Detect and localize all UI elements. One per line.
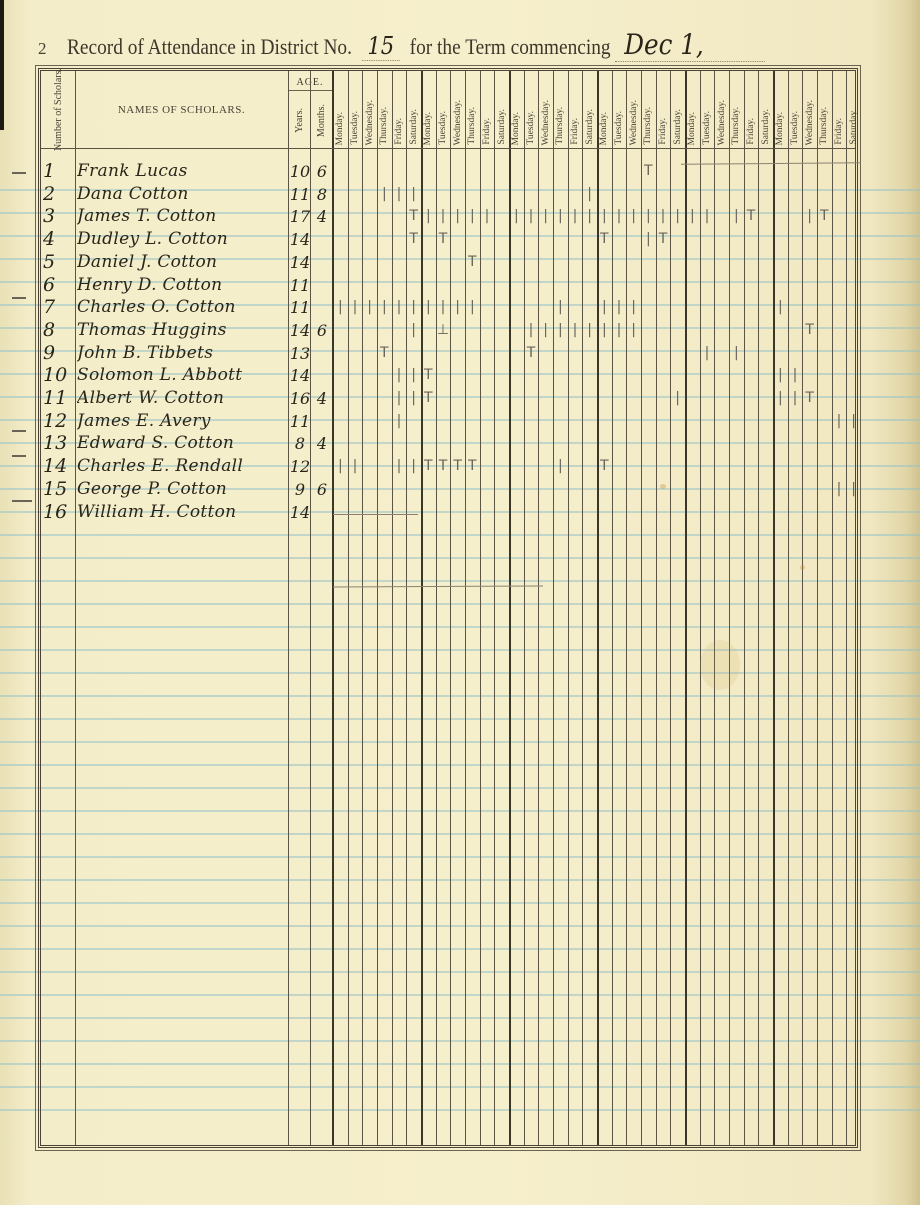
margin-mark	[12, 455, 26, 457]
attendance-mark[interactable]: |	[392, 390, 407, 407]
attendance-mark[interactable]: T	[597, 231, 612, 248]
page-title: Record of Attendance in District No. 15 …	[67, 28, 765, 62]
attendance-cells[interactable]: ||	[333, 478, 861, 501]
header-day-tuesday-week-3: Tuesday.	[524, 73, 539, 147]
attendance-mark[interactable]: ⊥	[436, 322, 451, 339]
scholar-number: 16	[37, 501, 71, 524]
attendance-cells[interactable]	[333, 501, 861, 524]
age-years: 14	[289, 501, 311, 524]
attendance-mark[interactable]: |	[802, 208, 817, 225]
scholar-name: Charles E. Rendall	[77, 455, 292, 478]
day-label: Thursday.	[379, 107, 389, 145]
attendance-mark[interactable]: |	[582, 186, 597, 203]
day-label: Tuesday.	[438, 111, 448, 145]
scholar-number: 15	[37, 478, 71, 501]
attendance-mark[interactable]: T	[377, 345, 392, 362]
day-label: Monday.	[511, 112, 521, 145]
attendance-cells[interactable]: TTT|T	[333, 228, 861, 251]
header-day-monday-week-6: Monday.	[773, 73, 788, 147]
attendance-mark[interactable]: |	[773, 367, 788, 384]
attendance-mark[interactable]: |	[846, 481, 861, 498]
attendance-cells[interactable]: ||||TTTT|T	[333, 455, 861, 478]
scholar-row[interactable]: 10Solomon L. Abbott14||T||	[41, 364, 861, 387]
header-day-wednesday-week-3: Wednesday.	[538, 73, 553, 147]
attendance-mark[interactable]: |	[685, 208, 700, 225]
age-years: 14	[289, 251, 311, 274]
header-names: NAMES OF SCHOLARS.	[75, 71, 288, 148]
scholar-row[interactable]: 9John B. Tibbets13TT||	[41, 342, 861, 365]
day-label: Thursday.	[555, 107, 565, 145]
day-label: Monday.	[687, 112, 697, 145]
scholar-number: 9	[37, 342, 71, 365]
day-label: Friday.	[394, 118, 404, 145]
attendance-mark[interactable]: |	[773, 390, 788, 407]
attendance-mark[interactable]: |	[656, 208, 671, 225]
attendance-mark[interactable]: |	[670, 390, 685, 407]
day-label: Wednesday.	[717, 100, 727, 145]
day-label: Tuesday.	[526, 111, 536, 145]
day-label: Saturday.	[497, 109, 507, 145]
attendance-cells[interactable]: |||||||||||||||	[333, 296, 861, 319]
age-months: 6	[311, 319, 333, 342]
attendance-mark[interactable]: T	[436, 231, 451, 248]
attendance-mark[interactable]: |	[436, 299, 451, 316]
attendance-cells[interactable]: ||T|||T	[333, 387, 861, 410]
age-years: 9	[289, 478, 311, 501]
age-months: 6	[311, 478, 333, 501]
attendance-mark[interactable]: |	[670, 208, 685, 225]
attendance-mark[interactable]: T	[406, 208, 421, 225]
attendance-mark[interactable]: T	[465, 254, 480, 271]
stain	[660, 484, 666, 489]
scholar-number: 5	[37, 251, 71, 274]
attendance-mark[interactable]: T	[406, 231, 421, 248]
attendance-cells[interactable]: TT||	[333, 342, 861, 365]
age-years: 14	[289, 319, 311, 342]
attendance-mark[interactable]: |	[406, 186, 421, 203]
scholar-number: 4	[37, 228, 71, 251]
scholar-name: Albert W. Cotton	[77, 387, 292, 410]
header-day-wednesday-week-4: Wednesday.	[626, 73, 641, 147]
age-months: 4	[311, 432, 333, 455]
header-day-friday-week-4: Friday.	[656, 73, 671, 147]
scholar-name: Edward S. Cotton	[77, 432, 292, 455]
scholar-name: Thomas Huggins	[77, 319, 292, 342]
age-years: 11	[289, 274, 311, 297]
day-label: Wednesday.	[453, 100, 463, 145]
header-day-friday-week-6: Friday.	[832, 73, 847, 147]
header-day-saturday-week-2: Saturday.	[494, 73, 509, 147]
header-day-thursday-week-1: Thursday.	[377, 73, 392, 147]
attendance-mark[interactable]: |	[597, 299, 612, 316]
header-day-monday-week-1: Monday.	[333, 73, 348, 147]
age-months: 4	[311, 205, 333, 228]
age-years: 14	[289, 228, 311, 251]
header-day-friday-week-5: Friday.	[744, 73, 759, 147]
header-day-thursday-week-4: Thursday.	[641, 73, 656, 147]
attendance-mark[interactable]: T	[641, 163, 656, 180]
attendance-mark[interactable]: |	[700, 345, 715, 362]
header-day-wednesday-week-2: Wednesday.	[450, 73, 465, 147]
attendance-mark[interactable]: |	[421, 299, 436, 316]
attendance-mark[interactable]: |	[509, 208, 524, 225]
header-day-thursday-week-5: Thursday.	[729, 73, 744, 147]
attendance-mark[interactable]: |	[392, 367, 407, 384]
pencil-line	[333, 585, 543, 587]
attendance-mark[interactable]: |	[626, 299, 641, 316]
scholar-number: 6	[37, 274, 71, 297]
attendance-mark[interactable]: |	[421, 208, 436, 225]
attendance-mark[interactable]: |	[406, 322, 421, 339]
scholar-number: 8	[37, 319, 71, 342]
scholar-row[interactable]: 7Charles O. Cotton11|||||||||||||||	[41, 296, 861, 319]
attendance-mark[interactable]: |	[612, 208, 627, 225]
header-day-wednesday-week-1: Wednesday.	[362, 73, 377, 147]
attendance-mark[interactable]: |	[553, 458, 568, 475]
day-label: Monday.	[423, 112, 433, 145]
attendance-mark[interactable]: T	[421, 458, 436, 475]
district-number-field[interactable]: 15	[362, 32, 399, 61]
header-day-wednesday-week-5: Wednesday.	[714, 73, 729, 147]
margin-mark	[12, 430, 26, 432]
header-day-monday-week-3: Monday.	[509, 73, 524, 147]
header-day-friday-week-3: Friday.	[568, 73, 583, 147]
header-number-of-scholars: Number of Scholars.	[41, 71, 75, 148]
attendance-mark[interactable]: |	[450, 299, 465, 316]
age-years: 16	[289, 387, 311, 410]
header-day-monday-week-2: Monday.	[421, 73, 436, 147]
attendance-mark[interactable]: |	[465, 299, 480, 316]
header-day-tuesday-week-2: Tuesday.	[436, 73, 451, 147]
header-day-tuesday-week-5: Tuesday.	[700, 73, 715, 147]
attendance-mark[interactable]: |	[582, 322, 597, 339]
age-years: 11	[289, 183, 311, 206]
attendance-mark[interactable]: T	[656, 231, 671, 248]
scholar-row[interactable]: 4Dudley L. Cotton14TTT|T	[41, 228, 861, 251]
attendance-mark[interactable]: |	[582, 208, 597, 225]
age-months: 8	[311, 183, 333, 206]
pencil-line	[333, 514, 418, 515]
attendance-mark[interactable]: T	[421, 367, 436, 384]
scholar-name: Solomon L. Abbott	[77, 364, 292, 387]
header-years: Years.	[288, 93, 310, 148]
attendance-cells[interactable]: T||||||||||||||||||||T|T	[333, 205, 861, 228]
age-months: 4	[311, 387, 333, 410]
age-years: 11	[289, 410, 311, 433]
day-label: Monday.	[599, 112, 609, 145]
attendance-mark[interactable]: T	[597, 458, 612, 475]
scholar-row[interactable]: 2Dana Cotton118||||	[41, 183, 861, 206]
scholar-row[interactable]: 16William H. Cotton14	[41, 501, 861, 524]
scholar-row[interactable]: 6Henry D. Cotton11	[41, 274, 861, 297]
attendance-mark[interactable]: |	[362, 299, 377, 316]
scholar-number: 2	[37, 183, 71, 206]
attendance-mark[interactable]: |	[538, 322, 553, 339]
scholar-name: Henry D. Cotton	[77, 274, 292, 297]
scholar-name: Dudley L. Cotton	[77, 228, 292, 251]
scholar-row[interactable]: 11Albert W. Cotton164||T|||T	[41, 387, 861, 410]
day-label: Thursday.	[643, 107, 653, 145]
header-day-friday-week-1: Friday.	[392, 73, 407, 147]
attendance-mark[interactable]: |	[641, 208, 656, 225]
scholar-row[interactable]: 3James T. Cotton174T||||||||||||||||||||…	[41, 205, 861, 228]
scholar-name: Charles O. Cotton	[77, 296, 292, 319]
margin-mark	[12, 297, 26, 299]
attendance-mark[interactable]: |	[406, 367, 421, 384]
header-names-label: NAMES OF SCHOLARS.	[118, 104, 245, 116]
header-months-label: Months.	[316, 104, 327, 137]
scholar-row[interactable]: 13Edward S. Cotton84	[41, 432, 861, 455]
age-years: 17	[289, 205, 311, 228]
attendance-mark[interactable]: |	[524, 208, 539, 225]
header-day-thursday-week-6: Thursday.	[817, 73, 832, 147]
term-start-field[interactable]: Dec 1,	[615, 28, 765, 62]
day-label: Friday.	[746, 118, 756, 145]
attendance-table: Number of Scholars. NAMES OF SCHOLARS. A…	[38, 68, 858, 1148]
attendance-mark[interactable]: |	[597, 322, 612, 339]
day-label: Tuesday.	[350, 111, 360, 145]
page-number: 2	[38, 39, 47, 59]
day-label: Friday.	[482, 118, 492, 145]
scholar-row[interactable]: 15George P. Cotton96||	[41, 478, 861, 501]
attendance-mark[interactable]: |	[612, 322, 627, 339]
day-label: Saturday.	[761, 109, 771, 145]
attendance-mark[interactable]: |	[832, 413, 847, 430]
day-label: Thursday.	[467, 107, 477, 145]
attendance-mark[interactable]: |	[392, 413, 407, 430]
day-label: Thursday.	[819, 107, 829, 145]
ledger-page: 2 Record of Attendance in District No. 1…	[0, 0, 920, 1205]
attendance-mark[interactable]: |	[480, 208, 495, 225]
scholar-number: 12	[37, 410, 71, 433]
attendance-mark[interactable]: |	[538, 208, 553, 225]
header-number-label: Number of Scholars.	[53, 68, 64, 151]
attendance-mark[interactable]: |	[377, 186, 392, 203]
scholar-number: 11	[37, 387, 71, 410]
scholar-name: George P. Cotton	[77, 478, 292, 501]
day-label: Saturday.	[409, 109, 419, 145]
age-years: 11	[289, 296, 311, 319]
age-years: 10	[289, 160, 311, 183]
header-day-tuesday-week-4: Tuesday.	[612, 73, 627, 147]
attendance-mark[interactable]: |	[406, 299, 421, 316]
header-day-tuesday-week-6: Tuesday.	[788, 73, 803, 147]
attendance-mark[interactable]: |	[436, 208, 451, 225]
header-day-tuesday-week-1: Tuesday.	[348, 73, 363, 147]
attendance-mark[interactable]: T	[817, 208, 832, 225]
attendance-mark[interactable]: |	[524, 322, 539, 339]
attendance-mark[interactable]: |	[729, 345, 744, 362]
attendance-mark[interactable]: |	[377, 299, 392, 316]
scholar-number: 13	[37, 432, 71, 455]
header-day-wednesday-week-6: Wednesday.	[802, 73, 817, 147]
header-day-saturday-week-1: Saturday.	[406, 73, 421, 147]
day-label: Wednesday.	[629, 100, 639, 145]
day-label: Thursday.	[731, 107, 741, 145]
header-day-thursday-week-3: Thursday.	[553, 73, 568, 147]
attendance-mark[interactable]: |	[700, 208, 715, 225]
attendance-mark[interactable]: |	[773, 299, 788, 316]
scholar-number: 7	[37, 296, 71, 319]
attendance-mark[interactable]: |	[406, 458, 421, 475]
header-day-saturday-week-4: Saturday.	[670, 73, 685, 147]
attendance-mark[interactable]: |	[348, 458, 363, 475]
attendance-mark[interactable]: |	[392, 186, 407, 203]
scholar-name: James E. Avery	[77, 410, 292, 433]
day-label: Wednesday.	[365, 100, 375, 145]
attendance-mark[interactable]: |	[465, 208, 480, 225]
attendance-mark[interactable]: |	[553, 208, 568, 225]
day-label: Wednesday.	[805, 100, 815, 145]
header-months: Months.	[310, 93, 332, 148]
attendance-cells[interactable]: |||	[333, 410, 861, 433]
attendance-mark[interactable]: |	[450, 208, 465, 225]
day-label: Friday.	[570, 118, 580, 145]
day-label: Friday.	[658, 118, 668, 145]
stain	[700, 640, 740, 690]
scholar-name: Daniel J. Cotton	[77, 251, 292, 274]
scholar-number: 14	[37, 455, 71, 478]
day-label: Monday.	[775, 112, 785, 145]
attendance-mark[interactable]: |	[788, 367, 803, 384]
attendance-mark[interactable]: |	[626, 322, 641, 339]
header-day-saturday-week-5: Saturday.	[758, 73, 773, 147]
page-header: 2 Record of Attendance in District No. 1…	[38, 28, 858, 64]
attendance-mark[interactable]: |	[612, 299, 627, 316]
attendance-mark[interactable]: T	[421, 390, 436, 407]
margin-mark	[12, 172, 26, 174]
attendance-mark[interactable]: |	[597, 208, 612, 225]
attendance-mark[interactable]: |	[832, 481, 847, 498]
scholar-row[interactable]: 8Thomas Huggins146|⊥||||||||T	[41, 319, 861, 342]
header-day-friday-week-2: Friday.	[480, 73, 495, 147]
age-years: 14	[289, 364, 311, 387]
attendance-mark[interactable]: |	[553, 299, 568, 316]
attendance-mark[interactable]: |	[641, 231, 656, 248]
attendance-cells[interactable]: ||T||	[333, 364, 861, 387]
attendance-mark[interactable]: |	[333, 299, 348, 316]
attendance-cells[interactable]	[333, 432, 861, 455]
attendance-mark[interactable]: T	[802, 322, 817, 339]
attendance-mark[interactable]: |	[568, 208, 583, 225]
scholar-row[interactable]: 12James E. Avery11|||	[41, 410, 861, 433]
attendance-mark[interactable]: T	[436, 458, 451, 475]
attendance-mark[interactable]: |	[406, 390, 421, 407]
attendance-cells[interactable]	[333, 274, 861, 297]
attendance-mark[interactable]: |	[568, 322, 583, 339]
header-day-saturday-week-3: Saturday.	[582, 73, 597, 147]
attendance-mark[interactable]: T	[450, 458, 465, 475]
attendance-mark[interactable]: |	[788, 390, 803, 407]
margin-mark	[12, 500, 32, 502]
day-label: Saturday.	[849, 109, 859, 145]
title-middle: for the Term commencing	[409, 34, 610, 59]
day-label: Tuesday.	[614, 111, 624, 145]
attendance-mark[interactable]: T	[744, 208, 759, 225]
attendance-mark[interactable]: |	[392, 299, 407, 316]
attendance-cells[interactable]: ||||	[333, 183, 861, 206]
attendance-mark[interactable]: |	[846, 413, 861, 430]
day-label: Wednesday.	[541, 100, 551, 145]
title-prefix: Record of Attendance in District No.	[67, 34, 352, 59]
attendance-mark[interactable]: |	[392, 458, 407, 475]
scholar-number: 3	[37, 205, 71, 228]
header-day-monday-week-5: Monday.	[685, 73, 700, 147]
attendance-cells[interactable]: T	[333, 251, 861, 274]
age-months: 6	[311, 160, 333, 183]
scholar-name: John B. Tibbets	[77, 342, 292, 365]
age-years: 12	[289, 455, 311, 478]
scholar-number: 1	[37, 160, 71, 183]
day-label: Tuesday.	[702, 111, 712, 145]
day-label: Friday.	[834, 118, 844, 145]
scholar-row[interactable]: 5Daniel J. Cotton14T	[41, 251, 861, 274]
header-day-monday-week-4: Monday.	[597, 73, 612, 147]
attendance-mark[interactable]: |	[626, 208, 641, 225]
scholar-name: Frank Lucas	[77, 160, 292, 183]
header-divider	[41, 148, 855, 149]
attendance-mark[interactable]: T	[465, 458, 480, 475]
age-years: 8	[289, 432, 311, 455]
scholar-row[interactable]: 14Charles E. Rendall12||||TTTT|T	[41, 455, 861, 478]
header-years-label: Years.	[294, 108, 305, 133]
header-day-saturday-week-6: Saturday.	[846, 73, 861, 147]
day-label: Saturday.	[585, 109, 595, 145]
attendance-mark[interactable]: |	[729, 208, 744, 225]
age-years: 13	[289, 342, 311, 365]
day-label: Tuesday.	[790, 111, 800, 145]
scholar-name: Dana Cotton	[77, 183, 292, 206]
attendance-mark[interactable]: T	[802, 390, 817, 407]
day-label: Saturday.	[673, 109, 683, 145]
scholar-name: William H. Cotton	[77, 501, 292, 524]
stain	[800, 565, 805, 570]
header-day-thursday-week-2: Thursday.	[465, 73, 480, 147]
attendance-mark[interactable]: T	[524, 345, 539, 362]
attendance-cells[interactable]: |⊥||||||||T	[333, 319, 861, 342]
attendance-mark[interactable]: |	[553, 322, 568, 339]
attendance-mark[interactable]: |	[348, 299, 363, 316]
attendance-mark[interactable]: |	[333, 458, 348, 475]
scholar-number: 10	[37, 364, 71, 387]
day-label: Monday.	[335, 112, 345, 145]
scholar-name: James T. Cotton	[77, 205, 292, 228]
